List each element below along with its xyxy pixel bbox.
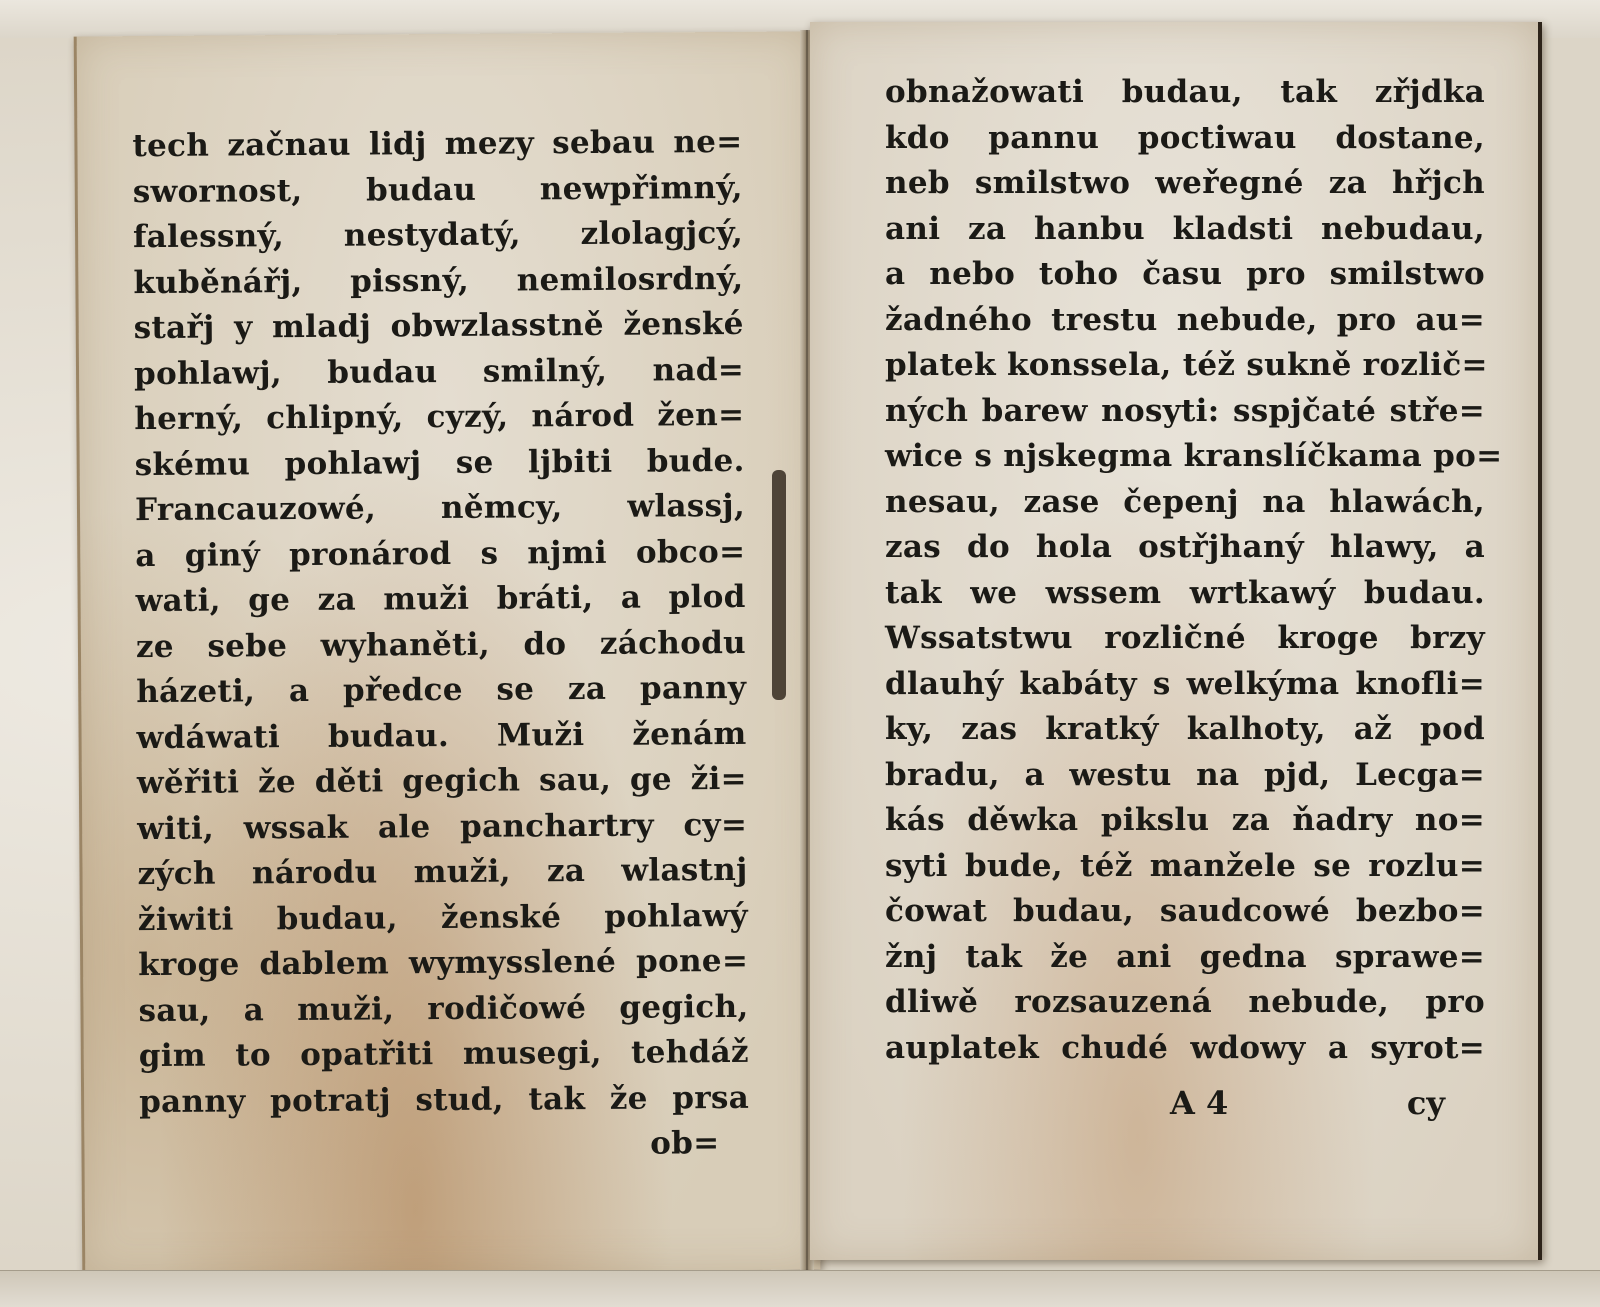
page-footer: A 4 cy (885, 1084, 1445, 1130)
text-line: zas do hola ostřjhaný hlawy, a (885, 525, 1485, 571)
text-line: kás děwka pikslu za ňadry no= (885, 798, 1485, 844)
text-line: tech začnau lidj mezy sebau ne= (132, 120, 742, 170)
text-line: obnažowati budau, tak zřjdka (885, 70, 1485, 116)
text-line: bradu, a westu na pjd, Lecga= (885, 753, 1485, 799)
text-line: platek konssela, též sukně rozlič= (885, 343, 1485, 389)
right-page: obnažowati budau, tak zřjdka kdo pannu p… (810, 22, 1542, 1260)
text-line: wati, ge za muži bráti, a plod (135, 575, 745, 625)
text-line: ky, zas kratký kalhoty, až pod (885, 707, 1485, 753)
text-line: ných barew nosyti: sspjčaté stře= (885, 389, 1485, 435)
text-line: házeti, a předce se za panny (136, 666, 746, 716)
text-line: falessný, nestydatý, zlolagjcý, (133, 211, 743, 261)
text-line: syti bude, též manžele se rozlu= (885, 844, 1485, 890)
text-line: wdáwati budau. Muži ženám (136, 711, 746, 761)
text-line: dlauhý kabáty s welkýma knofli= (885, 662, 1485, 708)
text-line: kdo pannu poctiwau dostane, (885, 116, 1485, 162)
text-line: žnj tak že ani gedna sprawe= (885, 935, 1485, 981)
left-page-text: tech začnau lidj mezy sebau ne= swornost… (132, 120, 749, 1171)
backing-paper-bottom (0, 1270, 1600, 1307)
text-line: Francauzowé, němcy, wlassj, (135, 484, 745, 534)
text-line: ani za hanbu kladsti nebudau, (885, 207, 1485, 253)
text-line: herný, chlipný, cyzý, národ žen= (134, 393, 744, 443)
text-line: wěřiti že děti gegich sau, ge ži= (137, 757, 747, 807)
text-line: čowat budau, saudcowé bezbo= (885, 889, 1485, 935)
text-line: Wssatstwu rozličné kroge brzy (885, 616, 1485, 662)
signature-mark: A 4 (1170, 1084, 1228, 1122)
text-line: kuběnářj, pissný, nemilosrdný, (133, 256, 743, 306)
text-line: pohlawj, budau smilný, nad= (134, 347, 744, 397)
text-line: nesau, zase čepenj na hlawách, (885, 480, 1485, 526)
text-line: witi, wssak ale panchartry cy= (137, 802, 747, 852)
text-line: žiwiti budau, ženské pohlawý (138, 893, 748, 943)
text-line: auplatek chudé wdowy a syrot= (885, 1026, 1485, 1072)
text-line: swornost, budau newpřimný, (133, 165, 743, 215)
text-line: a giný pronárod s njmi obco= (135, 529, 745, 579)
text-line: tak we wssem wrtkawý budau. (885, 571, 1485, 617)
right-page-text: obnažowati budau, tak zřjdka kdo pannu p… (885, 70, 1485, 1071)
text-line: neb smilstwo weřegné za hřjch (885, 161, 1485, 207)
text-line: wice s njskegma kranslíčkama po= (885, 434, 1485, 480)
binding-tear (772, 470, 786, 700)
left-page: tech začnau lidj mezy sebau ne= swornost… (74, 31, 821, 1274)
text-line: gim to opatřiti musegi, tehdáž (139, 1030, 749, 1080)
text-line: žadného trestu nebude, pro au= (885, 298, 1485, 344)
text-line: skému pohlawj se ljbiti bude. (135, 438, 745, 488)
catchword: ob= (139, 1121, 749, 1171)
text-line: kroge dablem wymysslené pone= (138, 939, 748, 989)
text-line: zých národu muži, za wlastnj (137, 848, 747, 898)
text-line: ze sebe wyhaněti, do záchodu (136, 620, 746, 670)
text-line: stařj y mladj obwzlasstně ženské (134, 302, 744, 352)
text-line: sau, a muži, rodičowé gegich, (138, 984, 748, 1034)
catchword: cy (1407, 1084, 1445, 1122)
text-line: a nebo toho času pro smilstwo (885, 252, 1485, 298)
text-line: panny potratj stud, tak že prsa (139, 1075, 749, 1125)
text-line: dliwě rozsauzená nebude, pro (885, 980, 1485, 1026)
